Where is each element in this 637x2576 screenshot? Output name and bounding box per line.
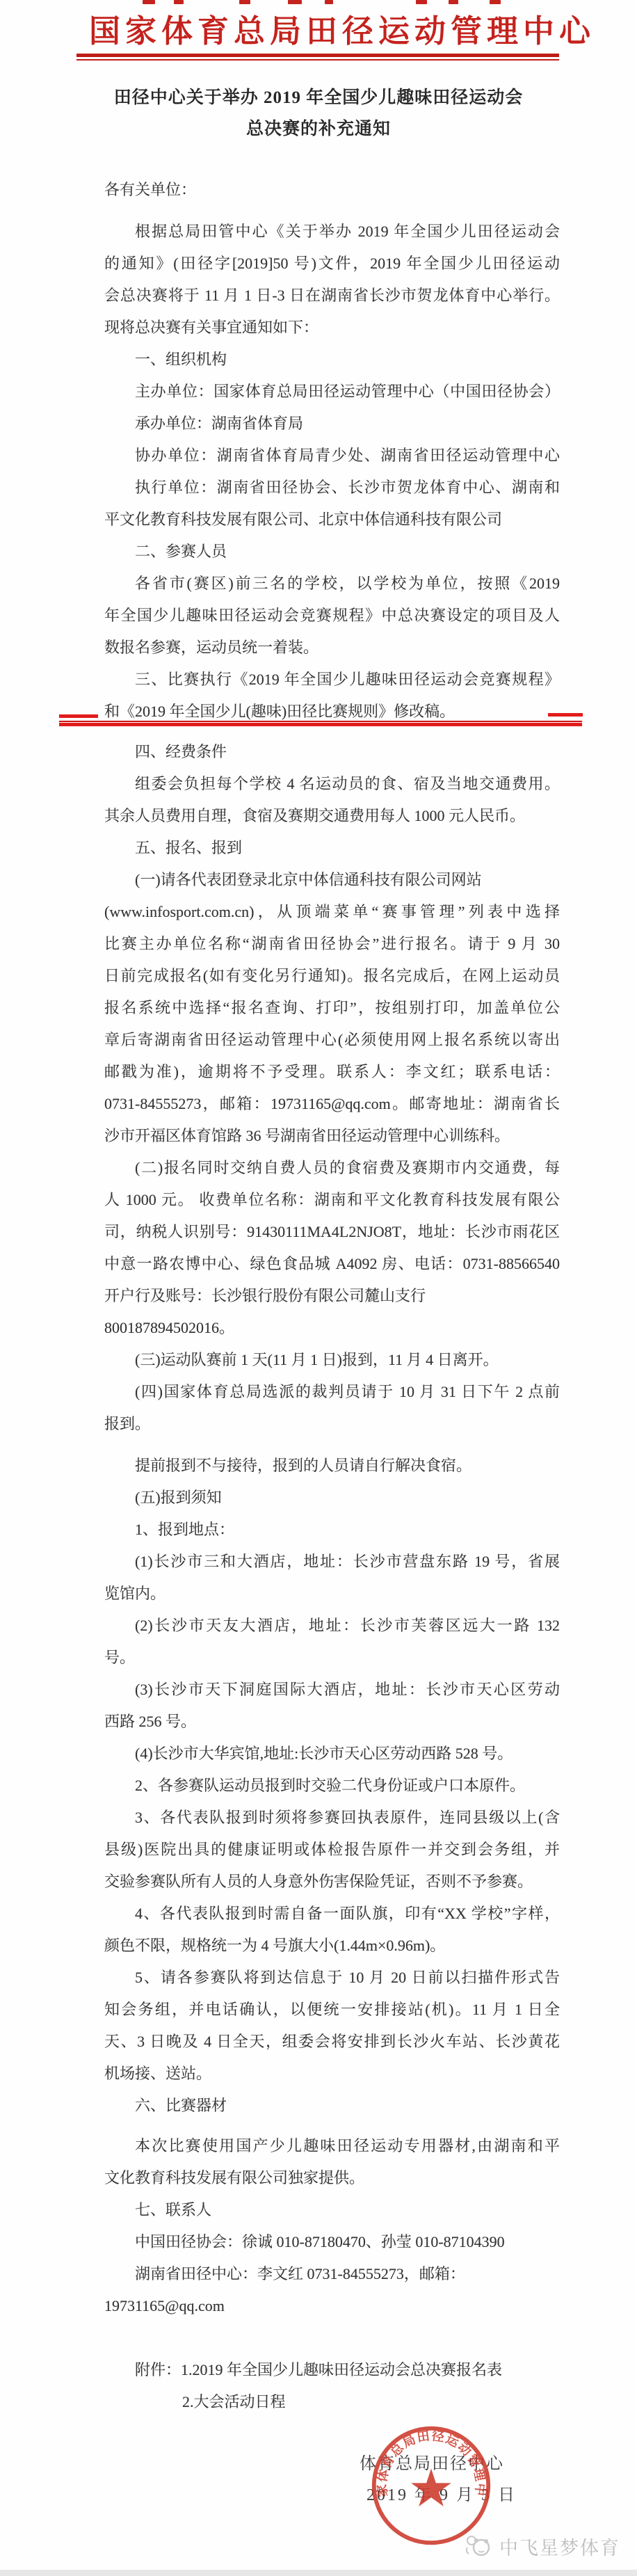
red-annotation-stroke	[59, 714, 98, 718]
doc-line: 各省市(赛区)前三名的学校，以学校为单位，按照《2019	[104, 568, 560, 600]
crop-mark	[490, 0, 501, 4]
watermark-text: 中飞星梦体育	[499, 2533, 620, 2560]
doc-line: 执行单位：湖南省田径协会、长沙市贺龙体育中心、湖南和	[104, 472, 560, 504]
doc-line: 4、各代表队报到时需自备一面队旗，印有“XX 学校”字样，	[104, 1898, 560, 1930]
red-annotation-stroke	[548, 713, 583, 717]
doc-line: 五、报名、报到	[104, 832, 560, 864]
doc-line: 会总决赛将于 11 月 1 日-3 日在湖南省长沙市贺龙体育中心举行。	[104, 280, 560, 312]
doc-line: 1、报到地点：	[104, 1514, 560, 1546]
doc-line: 览馆内。	[104, 1578, 560, 1610]
document-body: 各有关单位：根据总局田管中心《关于举办 2019 年全国少儿田径运动会的通知》(…	[104, 174, 560, 2418]
doc-line: (二)报名同时交纳自费人员的食宿费及赛期市内交通费，每	[104, 1152, 560, 1184]
doc-line: (4)长沙市大华宾馆,地址:长沙市天心区劳动西路 528 号。	[104, 1738, 560, 1770]
red-annotation-stroke	[59, 721, 582, 726]
document-title-line1: 田径中心关于举办 2019 年全国少儿趣味田径运动会	[75, 82, 562, 113]
doc-line: (2)长沙市天友大酒店，地址：长沙市芙蓉区远大一路 132	[104, 1610, 560, 1642]
doc-line: 号。	[104, 1642, 560, 1674]
doc-line: 19731165@qq.com	[104, 2290, 560, 2322]
doc-line: 主办单位：国家体育总局田径运动管理中心（中国田径协会）	[104, 376, 560, 408]
crop-mark	[174, 0, 184, 4]
doc-line: 四、经费条件	[104, 736, 560, 768]
doc-line: 报名系统中选择“报名查询、打印”，按组别打印，加盖单位公	[104, 992, 560, 1024]
doc-line: 附件：1.2019 年全国少儿趣味田径运动会总决赛报名表	[104, 2354, 560, 2386]
doc-line: 本次比赛使用国产少儿趣味田径运动专用器材,由湖南和平	[104, 2130, 560, 2162]
doc-line: 交验参赛队所有人员的人身意外伤害保险凭证，否则不予参赛。	[104, 1866, 560, 1898]
doc-line: 平文化教育科技发展有限公司、北京中体信通科技有限公司	[104, 504, 560, 536]
doc-line: 县级)医院出具的健康证明或体检报告原件一并交到会务组，并	[104, 1834, 560, 1866]
doc-line: (四)国家体育总局选派的裁判员请于 10 月 31 日下午 2 点前	[104, 1376, 560, 1408]
doc-line: 承办单位：湖南省体育局	[104, 408, 560, 440]
doc-line: (一)请各代表团登录北京中体信通科技有限公司网站	[104, 864, 560, 896]
doc-line: 司，纳税人识别号：91430111MA4L2NJO8T，地址：长沙市雨花区	[104, 1216, 560, 1248]
doc-line: (www.infosport.com.cn)，从顶端菜单“赛事管理”列表中选择	[104, 896, 560, 928]
doc-line: 报到。	[104, 1408, 560, 1440]
doc-line: 2.大会活动日程	[104, 2386, 560, 2418]
letterhead-rule-thick	[76, 54, 559, 57]
doc-line: 2、各参赛队运动员报到时交验二代身份证或户口本原件。	[104, 1770, 560, 1802]
scanned-notice-page: 国家体育总局田径运动管理中心 田径中心关于举办 2019 年全国少儿趣味田径运动…	[0, 0, 637, 2576]
doc-line: 人 1000 元。 收费单位名称：湖南和平文化教育科技发展有限公	[104, 1184, 560, 1216]
doc-line: (3)长沙市天下洞庭国际大酒店，地址：长沙市天心区劳动	[104, 1674, 560, 1706]
doc-line: 其余人员费用自理，食宿及赛期交通费用每人 1000 元人民币。	[104, 800, 560, 832]
doc-line: 开户行及账号：长沙银行股份有限公司麓山支行	[104, 1280, 560, 1312]
doc-line: 知会务组，并电话确认，以便统一安排接站(机)。11 月 1 日全	[104, 1994, 560, 2026]
crop-mark	[143, 0, 155, 4]
scan-edge-strip	[0, 2570, 637, 2576]
doc-line: 数报名参赛，运动员统一着装。	[104, 632, 560, 664]
doc-line: 中国田径协会：徐诚 010-87180470、孙莹 010-87104390	[104, 2226, 560, 2258]
watermark-mascot-icon	[465, 2532, 494, 2560]
doc-line: 的通知》(田径字[2019]50 号)文件，2019 年全国少儿田径运动	[104, 248, 560, 280]
doc-line: 3、各代表队报到时须将参赛回执表原件，连同县级以上(含	[104, 1802, 560, 1834]
doc-line: 比赛主办单位名称“湖南省田径协会”进行报名。请于 9 月 30	[104, 928, 560, 960]
doc-line: 机场接、送站。	[104, 2058, 560, 2090]
doc-line: 天、3 日晚及 4 日全天，组委会将安排到长沙火车站、长沙黄花	[104, 2026, 560, 2058]
doc-line: 日前完成报名(如有变化另行通知)。报名完成后，在网上运动员	[104, 960, 560, 992]
blank-line	[104, 2322, 560, 2354]
crop-mark	[416, 0, 427, 4]
doc-line: 5、请各参赛队将到达信息于 10 月 20 日前以扫描件形式告	[104, 1962, 560, 1994]
doc-line: 根据总局田管中心《关于举办 2019 年全国少儿田径运动会	[104, 216, 560, 248]
document-title-line2: 总决赛的补充通知	[75, 113, 562, 145]
doc-line: 湖南省田径中心：李文红 0731-84555273，邮箱：	[104, 2258, 560, 2290]
official-seal: 国家体育总局田径运动管理中心	[366, 2421, 496, 2550]
doc-line: 邮戳为准)，逾期将不予受理。联系人：李文红；联系电话：	[104, 1056, 560, 1088]
letterhead-rule-thin	[76, 59, 559, 61]
doc-line: 一、组织机构	[104, 344, 560, 376]
doc-line: 协办单位：湖南省体育局青少处、湖南省田径运动管理中心	[104, 440, 560, 472]
doc-line: 文化教育科技发展有限公司独家提供。	[104, 2162, 560, 2194]
doc-line: 西路 256 号。	[104, 1706, 560, 1738]
doc-line: 章后寄湖南省田径运动管理中心(必须使用网上报名系统以寄出	[104, 1024, 560, 1056]
doc-line: 0731-84555273，邮箱：19731165@qq.com。邮寄地址：湖南…	[104, 1088, 560, 1120]
doc-line: 各有关单位：	[104, 174, 560, 206]
doc-line: (五)报到须知	[104, 1482, 560, 1514]
doc-line: 三、比赛执行《2019 年全国少儿趣味田径运动会竞赛规程》	[104, 664, 560, 696]
watermark: 中飞星梦体育	[465, 2532, 620, 2560]
doc-line: (三)运动队赛前 1 天(11 月 1 日)报到，11 月 4 日离开。	[104, 1344, 560, 1376]
doc-line: 组委会负担每个学校 4 名运动员的食、宿及当地交通费用。	[104, 768, 560, 800]
doc-line: 沙市开福区体育馆路 36 号湖南省田径运动管理中心训练科。	[104, 1120, 560, 1152]
doc-line: (1)长沙市三和大酒店，地址：长沙市营盘东路 19 号，省展	[104, 1546, 560, 1578]
crop-mark	[239, 0, 250, 4]
doc-line: 提前报到不与接待，报到的人员请自行解决食宿。	[104, 1450, 560, 1482]
doc-line: 年全国少儿趣味田径运动会竞赛规程》中总决赛设定的项目及人	[104, 600, 560, 632]
crop-mark	[325, 0, 333, 4]
doc-line: 中意一路农博中心、绿色食品城 A4092 房、电话：0731-88566540	[104, 1248, 560, 1280]
doc-line: 六、比赛器材	[104, 2090, 560, 2122]
doc-line: 现将总决赛有关事宜通知如下：	[104, 312, 560, 344]
document-title: 田径中心关于举办 2019 年全国少儿趣味田径运动会 总决赛的补充通知	[75, 82, 562, 145]
letterhead-org-title: 国家体育总局田径运动管理中心	[89, 6, 548, 51]
doc-line: 800187894502016。	[104, 1312, 560, 1344]
seal-star-icon	[411, 2469, 451, 2506]
crop-mark	[288, 0, 302, 4]
crop-mark	[449, 0, 458, 4]
doc-line: 颜色不限，规格统一为 4 号旗大小(1.44m×0.96m)。	[104, 1930, 560, 1962]
doc-line: 二、参赛人员	[104, 536, 560, 568]
doc-line: 七、联系人	[104, 2194, 560, 2226]
